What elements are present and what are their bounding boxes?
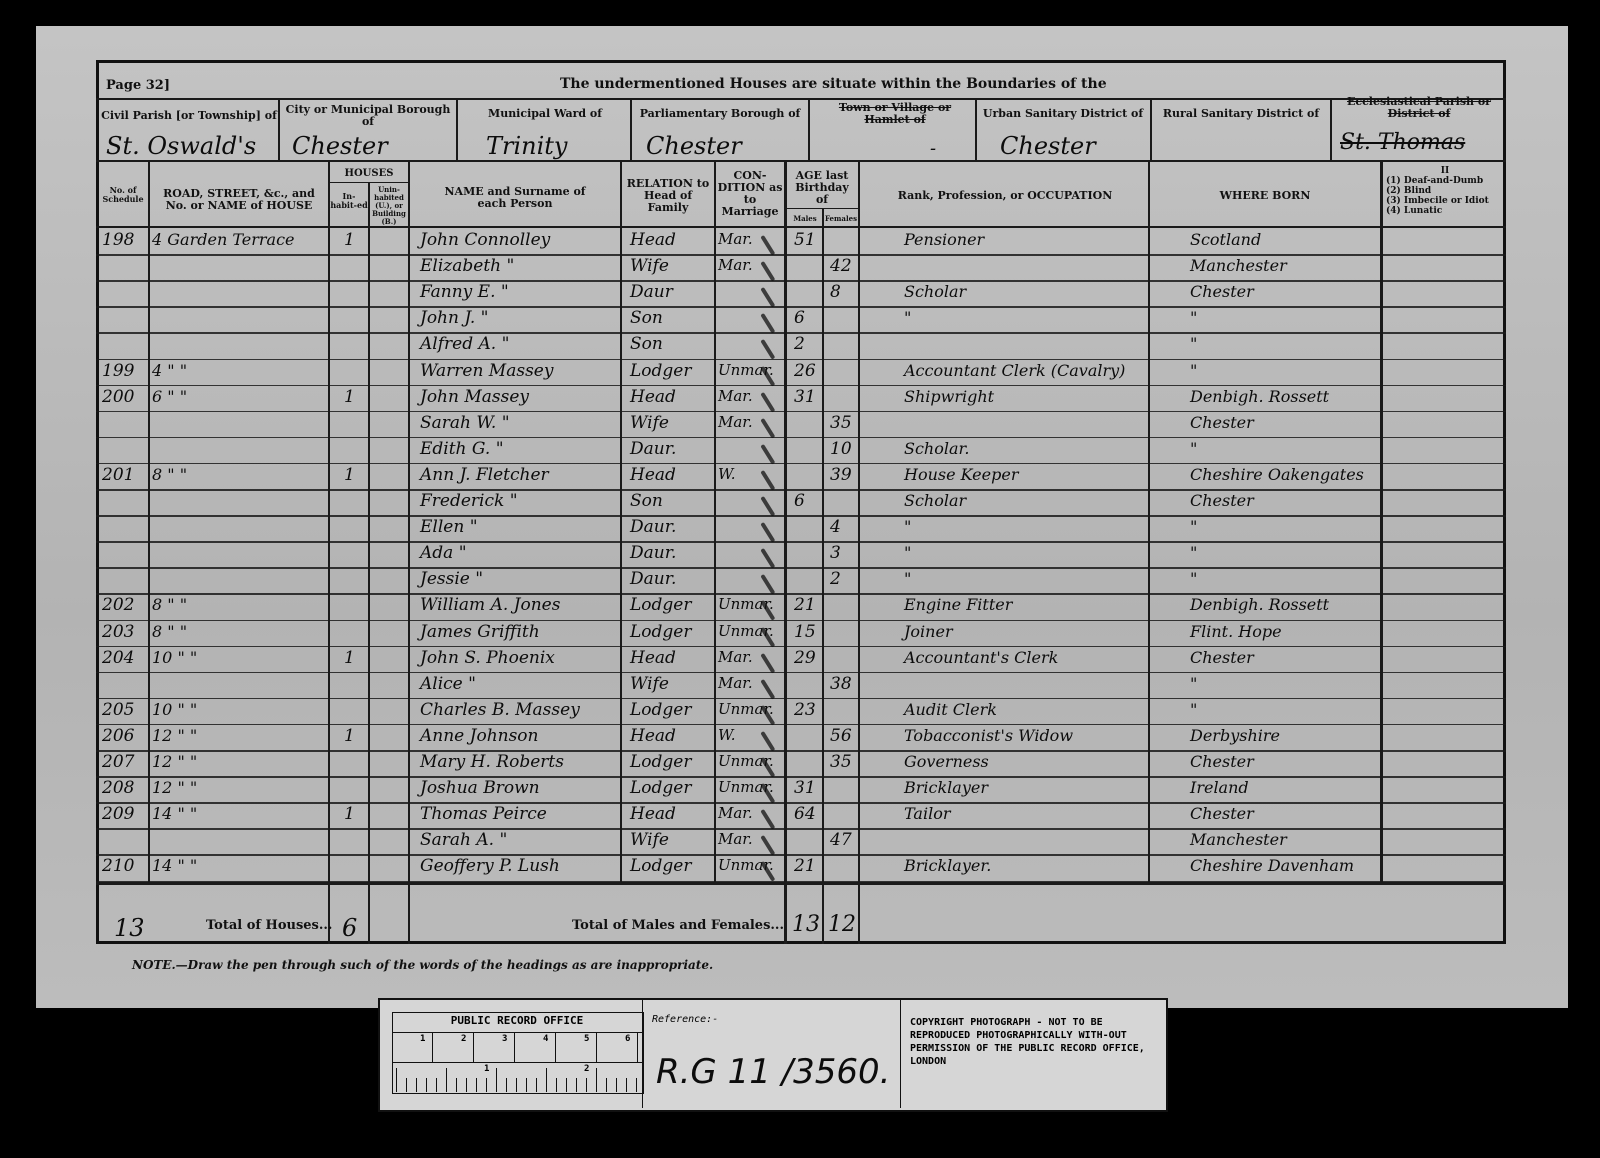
inhabited-count: 1 <box>344 804 355 824</box>
occupation: Engine Fitter <box>904 595 1012 614</box>
birthplace: Chester <box>1190 804 1254 823</box>
col-occupation: Rank, Profession, or OCCUPATION <box>880 190 1130 202</box>
relation: Lodger <box>630 595 691 615</box>
archive-office: PUBLIC RECORD OFFICE <box>392 1014 642 1027</box>
birthplace: Derbyshire <box>1190 726 1280 745</box>
person-name: Edith G. " <box>420 439 504 459</box>
relation: Lodger <box>630 778 691 798</box>
age-female: 4 <box>830 517 841 537</box>
road-address: 4 Garden Terrace <box>152 230 295 249</box>
relation: Daur. <box>630 569 676 589</box>
road-address: 14 " " <box>152 804 197 823</box>
birthplace: " <box>1190 517 1197 536</box>
row-rule <box>96 437 1506 439</box>
col-uninhabited: Unin-habited (U.), or Building (B.) <box>370 186 408 226</box>
row-rule <box>96 567 1506 569</box>
person-name: James Griffith <box>420 622 540 642</box>
occupation: " <box>904 569 911 588</box>
person-name: Alice " <box>420 674 476 694</box>
person-name: Ellen " <box>420 517 478 537</box>
age-male: 29 <box>794 648 816 668</box>
schedule-number: 208 <box>102 778 134 798</box>
schedule-number: 206 <box>102 726 134 746</box>
occupation: " <box>904 543 911 562</box>
relation: Daur. <box>630 517 676 537</box>
relation: Son <box>630 491 663 511</box>
inhabited-count: 1 <box>344 648 355 668</box>
occupation: Bricklayer <box>904 778 988 797</box>
relation: Son <box>630 334 663 354</box>
relation: Lodger <box>630 622 691 642</box>
person-name: Mary H. Roberts <box>420 752 564 772</box>
col-schedule: No. of Schedule <box>100 186 146 204</box>
schedule-number: 210 <box>102 856 134 876</box>
marital-condition: W. <box>718 726 736 744</box>
district-heading-ecclesiastical: Ecclesiastical Parish or District of <box>1336 96 1502 120</box>
marital-condition: Mar. <box>718 230 753 248</box>
person-name: Geoffery P. Lush <box>420 856 560 876</box>
district-heading-ward: Municipal Ward of <box>460 108 630 120</box>
age-male: 21 <box>794 595 816 615</box>
road-address: 10 " " <box>152 648 197 667</box>
relation: Daur. <box>630 439 676 459</box>
person-name: John S. Phoenix <box>420 648 555 668</box>
road-address: 12 " " <box>152 726 197 745</box>
age-female: 56 <box>830 726 852 746</box>
age-female: 2 <box>830 569 841 589</box>
archive-label: PUBLIC RECORD OFFICE 123456 12 Reference… <box>378 998 1168 1112</box>
relation: Wife <box>630 413 669 433</box>
person-name: Elizabeth " <box>420 256 514 276</box>
person-name: John Massey <box>420 387 529 407</box>
col-condition: CON-DITION as to Marriage <box>716 170 784 218</box>
age-male: 51 <box>794 230 816 250</box>
col-females: Females <box>824 214 858 223</box>
scale-mark: 5 <box>584 1034 589 1044</box>
district-heading-parliamentary: Parliamentary Borough of <box>634 108 806 120</box>
birthplace: " <box>1190 674 1197 693</box>
occupation: Joiner <box>904 622 953 641</box>
birthplace: Cheshire Davenham <box>1190 856 1354 875</box>
scale-mark: 2 <box>461 1034 466 1044</box>
age-male: 26 <box>794 361 816 381</box>
marital-condition: W. <box>718 465 736 483</box>
col-relation: RELATION to Head of Family <box>622 178 714 214</box>
relation: Head <box>630 804 676 824</box>
schedule-number: 209 <box>102 804 134 824</box>
age-female: 10 <box>830 439 852 459</box>
col-inhabited: In-habit-ed <box>330 192 368 210</box>
schedule-number: 200 <box>102 387 134 407</box>
district-value-ward: Trinity <box>486 132 568 160</box>
district-value-city: Chester <box>292 132 388 160</box>
row-rule <box>96 541 1506 543</box>
person-name: Frederick " <box>420 491 518 511</box>
district-value-parish: St. Oswald's <box>106 132 256 160</box>
birthplace: " <box>1190 569 1197 588</box>
age-male: 21 <box>794 856 816 876</box>
birthplace: " <box>1190 700 1197 719</box>
marital-condition: Mar. <box>718 413 753 431</box>
schedule-number: 203 <box>102 622 134 642</box>
occupation: Scholar <box>904 491 966 510</box>
relation: Head <box>630 648 676 668</box>
age-male: 2 <box>794 334 805 354</box>
schedule-number: 205 <box>102 700 134 720</box>
age-female: 35 <box>830 752 852 772</box>
occupation: " <box>904 308 911 327</box>
schedule-number: 201 <box>102 465 134 485</box>
birthplace: Manchester <box>1190 256 1287 275</box>
age-female: 42 <box>830 256 852 276</box>
row-rule <box>96 515 1506 517</box>
birthplace: " <box>1190 334 1197 353</box>
relation: Lodger <box>630 752 691 772</box>
person-name: Ada " <box>420 543 467 563</box>
occupation: Scholar. <box>904 439 970 458</box>
relation: Lodger <box>630 361 691 381</box>
birthplace: Flint. Hope <box>1190 622 1282 641</box>
person-name: Fanny E. " <box>420 282 509 302</box>
col-road: ROAD, STREET, &c., and No. or NAME of HO… <box>152 188 326 212</box>
marital-condition: Mar. <box>718 387 753 405</box>
occupation: Audit Clerk <box>904 700 997 719</box>
marital-condition: Mar. <box>718 674 753 692</box>
birthplace: Chester <box>1190 491 1254 510</box>
age-female: 8 <box>830 282 841 302</box>
district-heading-city: City or Municipal Borough of <box>282 104 454 128</box>
schedule-number: 202 <box>102 595 134 615</box>
person-name: Sarah W. " <box>420 413 510 433</box>
road-address: 12 " " <box>152 752 197 771</box>
age-male: 64 <box>794 804 816 824</box>
row-rule <box>96 672 1506 674</box>
person-name: Sarah A. " <box>420 830 507 850</box>
age-male: 31 <box>794 387 816 407</box>
birthplace: " <box>1190 361 1197 380</box>
col-infirmity: II (1) Deaf-and-Dumb (2) Blind (3) Imbec… <box>1386 166 1504 216</box>
road-address: 8 " " <box>152 465 187 484</box>
relation: Wife <box>630 256 669 276</box>
relation: Wife <box>630 830 669 850</box>
district-value-urban: Chester <box>1000 132 1096 160</box>
scale-mark: 4 <box>543 1034 548 1044</box>
total-females: 12 <box>828 912 856 937</box>
person-name: Charles B. Massey <box>420 700 580 720</box>
marital-condition: Mar. <box>718 648 753 666</box>
district-heading-urban: Urban Sanitary District of <box>978 108 1148 120</box>
col-age: AGE last Birthday of <box>788 170 856 206</box>
row-rule <box>96 280 1506 282</box>
birthplace: " <box>1190 543 1197 562</box>
district-heading-rural: Rural Sanitary District of <box>1154 108 1328 120</box>
age-male: 6 <box>794 491 805 511</box>
occupation: Bricklayer. <box>904 856 991 875</box>
birthplace: Denbigh. Rossett <box>1190 595 1329 614</box>
occupation: Accountant Clerk (Cavalry) <box>904 361 1125 380</box>
total-males: 13 <box>792 912 820 937</box>
inhabited-count: 1 <box>344 465 355 485</box>
person-name: Jessie " <box>420 569 483 589</box>
relation: Daur <box>630 282 673 302</box>
occupation: Pensioner <box>904 230 984 249</box>
relation: Head <box>630 387 676 407</box>
birthplace: Ireland <box>1190 778 1249 797</box>
relation: Lodger <box>630 700 691 720</box>
schedule-number: 204 <box>102 648 134 668</box>
birthplace: Chester <box>1190 752 1254 771</box>
copyright-notice: COPYRIGHT PHOTOGRAPH - NOT TO BE REPRODU… <box>910 1016 1150 1068</box>
marital-condition: Mar. <box>718 830 753 848</box>
person-name: Joshua Brown <box>420 778 540 798</box>
total-schedules: 13 <box>114 914 145 942</box>
marital-condition: Mar. <box>718 804 753 822</box>
road-address: 14 " " <box>152 856 197 875</box>
occupation: Governess <box>904 752 989 771</box>
inhabited-count: 1 <box>344 387 355 407</box>
birthplace: " <box>1190 308 1197 327</box>
col-houses: HOUSES <box>330 168 408 180</box>
age-female: 47 <box>830 830 852 850</box>
row-rule <box>96 750 1506 752</box>
age-female: 38 <box>830 674 852 694</box>
age-female: 39 <box>830 465 852 485</box>
relation: Head <box>630 230 676 250</box>
road-address: 10 " " <box>152 700 197 719</box>
person-name: Warren Massey <box>420 361 553 381</box>
person-name: Alfred A. " <box>420 334 509 354</box>
col-born: WHERE BORN <box>1150 190 1380 202</box>
total-persons-label: Total of Males and Females... <box>572 918 784 933</box>
person-name: Anne Johnson <box>420 726 539 746</box>
district-heading-parish: Civil Parish [or Township] of <box>100 110 278 122</box>
birthplace: " <box>1190 439 1197 458</box>
district-heading-town: Town or Village or Hamlet of <box>820 102 970 126</box>
relation: Head <box>630 726 676 746</box>
footnote: NOTE.—Draw the pen through such of the w… <box>132 958 713 972</box>
occupation: " <box>904 517 911 536</box>
occupation: House Keeper <box>904 465 1018 484</box>
col-name: NAME and Surname of each Person <box>430 186 600 210</box>
scale-mark: 3 <box>502 1034 507 1044</box>
col-males: Males <box>788 214 822 223</box>
district-value-ecclesiastical: St. Thomas <box>1340 130 1465 155</box>
occupation: Tailor <box>904 804 950 823</box>
person-name: Ann J. Fletcher <box>420 465 549 485</box>
birthplace: Chester <box>1190 648 1254 667</box>
reference-label: Reference:- <box>652 1014 718 1025</box>
inhabited-count: 1 <box>344 726 355 746</box>
age-male: 6 <box>794 308 805 328</box>
person-name: John Connolley <box>420 230 550 250</box>
birthplace: Scotland <box>1190 230 1261 249</box>
relation: Wife <box>630 674 669 694</box>
scale-mark: 6 <box>625 1034 630 1044</box>
scale-mark: 1 <box>420 1034 425 1044</box>
age-male: 23 <box>794 700 816 720</box>
row-rule <box>96 724 1506 726</box>
relation: Son <box>630 308 663 328</box>
schedule-number: 199 <box>102 361 134 381</box>
total-houses: 6 <box>342 914 357 942</box>
scale-mark: 2 <box>584 1064 589 1074</box>
birthplace: Manchester <box>1190 830 1287 849</box>
road-address: 8 " " <box>152 622 187 641</box>
archive-scale: 123456 12 <box>392 1032 642 1092</box>
person-name: William A. Jones <box>420 595 560 615</box>
district-value-parliamentary: Chester <box>646 132 742 160</box>
road-address: 12 " " <box>152 778 197 797</box>
relation: Head <box>630 465 676 485</box>
birthplace: Chester <box>1190 413 1254 432</box>
person-name: Thomas Peirce <box>420 804 547 824</box>
birthplace: Chester <box>1190 282 1254 301</box>
row-rule <box>96 411 1506 413</box>
reference-value: R.G 11 /3560. <box>656 1052 890 1092</box>
schedule-number: 198 <box>102 230 134 250</box>
age-male: 31 <box>794 778 816 798</box>
page-number: Page 32] <box>106 78 170 93</box>
birthplace: Denbigh. Rossett <box>1190 387 1329 406</box>
occupation: Accountant's Clerk <box>904 648 1058 667</box>
inhabited-count: 1 <box>344 230 355 250</box>
scale-mark: 1 <box>484 1064 489 1074</box>
relation: Lodger <box>630 856 691 876</box>
schedule-number: 207 <box>102 752 134 772</box>
age-female: 3 <box>830 543 841 563</box>
total-houses-label: Total of Houses... <box>206 918 332 933</box>
page-banner: The undermentioned Houses are situate wi… <box>560 76 1107 92</box>
age-male: 15 <box>794 622 816 642</box>
occupation: Tobacconist's Widow <box>904 726 1073 745</box>
occupation: Scholar <box>904 282 966 301</box>
district-value-town: - <box>930 138 936 159</box>
person-name: John J. " <box>420 308 488 328</box>
row-rule <box>96 254 1506 256</box>
road-address: 6 " " <box>152 387 187 406</box>
road-address: 8 " " <box>152 595 187 614</box>
occupation: Shipwright <box>904 387 994 406</box>
road-address: 4 " " <box>152 361 187 380</box>
row-rule <box>96 828 1506 830</box>
relation: Daur. <box>630 543 676 563</box>
age-female: 35 <box>830 413 852 433</box>
marital-condition: Mar. <box>718 256 753 274</box>
birthplace: Cheshire Oakengates <box>1190 465 1364 484</box>
